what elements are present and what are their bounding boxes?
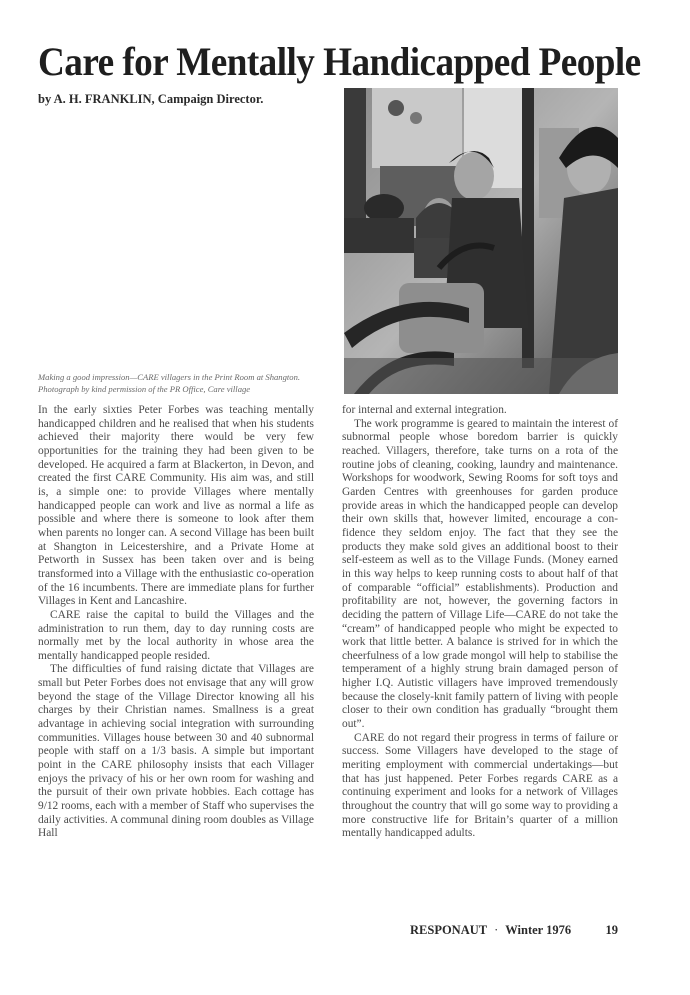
- article-byline: by A. H. FRANKLIN, Campaign Director.: [38, 92, 263, 107]
- article-photo: [344, 88, 618, 394]
- article-column-left: In the early sixties Peter Forbes was te…: [38, 404, 314, 841]
- article-title: Care for Mentally Handicapped People: [38, 38, 641, 85]
- photo-image: [344, 88, 618, 394]
- page-number: 19: [606, 923, 619, 938]
- footer-separator: ·: [494, 923, 498, 938]
- paragraph: The difficulties of fund raising dictate…: [38, 663, 314, 841]
- photo-caption: Making a good impression—CARE villagers …: [38, 372, 318, 395]
- publication-name: RESPONAUT: [410, 923, 487, 938]
- page-footer: RESPONAUT · Winter 1976 19: [410, 923, 618, 938]
- issue-date: Winter 1976: [505, 923, 571, 938]
- paragraph: CARE do not regard their progress in ter…: [342, 732, 618, 841]
- article-column-right: for internal and external integration. T…: [342, 404, 618, 841]
- paragraph: The work programme is geared to maintain…: [342, 418, 618, 732]
- paragraph: for internal and external integration.: [342, 404, 618, 418]
- paragraph: CARE raise the capital to build the Vill…: [38, 609, 314, 664]
- paragraph: In the early sixties Peter Forbes was te…: [38, 404, 314, 609]
